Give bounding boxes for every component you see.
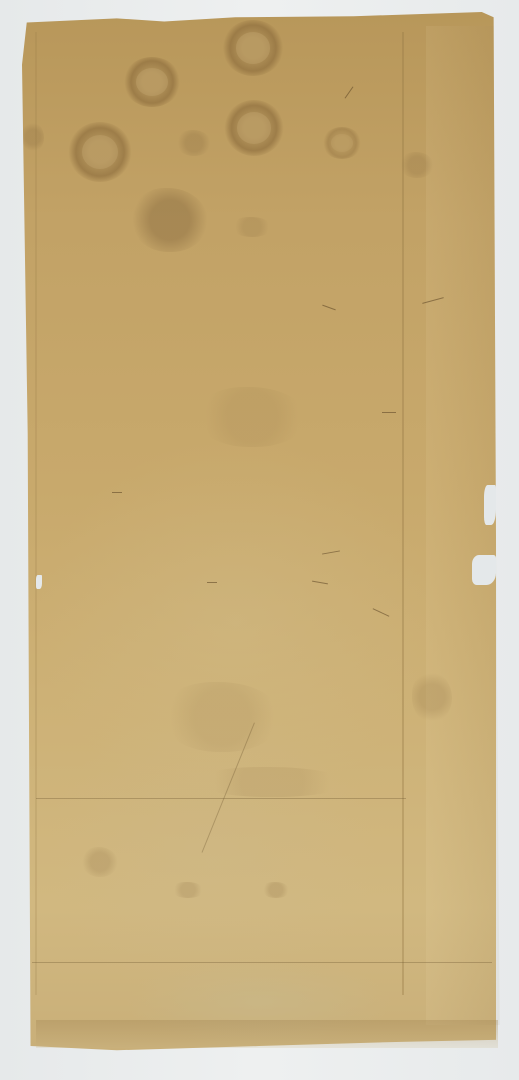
aged-paper-scroll (22, 12, 496, 1065)
worn-bottom-edge (36, 1020, 498, 1048)
faded-figure-shadow (197, 387, 307, 447)
water-stain (172, 882, 204, 898)
water-stain (400, 152, 434, 178)
faded-figure-shadow (197, 767, 347, 797)
paper-fiber (207, 582, 217, 583)
paper-fiber (345, 86, 354, 98)
paper-fiber (112, 492, 122, 493)
flower-stain (222, 20, 284, 76)
flower-stain (322, 127, 362, 159)
water-stain (132, 188, 208, 252)
edge-tear (472, 555, 496, 585)
paper-fiber (322, 305, 335, 311)
edge-tear (36, 575, 42, 589)
faded-figure-shadow (162, 682, 282, 752)
water-stain (412, 672, 452, 722)
horizontal-crease (32, 962, 492, 963)
paper-fiber (322, 550, 340, 554)
water-stain (22, 122, 44, 152)
left-seam (35, 32, 37, 995)
flower-stain (68, 122, 132, 182)
vertical-seam (402, 32, 404, 995)
paper-fiber (373, 608, 390, 617)
photo-scene (0, 0, 519, 1080)
flower-stain (224, 100, 284, 156)
water-stain (82, 847, 118, 877)
water-stain (232, 217, 272, 237)
water-stain (262, 882, 290, 898)
paper-fiber (312, 581, 328, 585)
paper-fiber (382, 412, 396, 413)
water-stain (177, 130, 211, 156)
edge-tear (484, 485, 496, 525)
flower-stain (123, 57, 181, 107)
horizontal-crease (36, 798, 406, 799)
right-panel-strip (426, 26, 518, 1025)
